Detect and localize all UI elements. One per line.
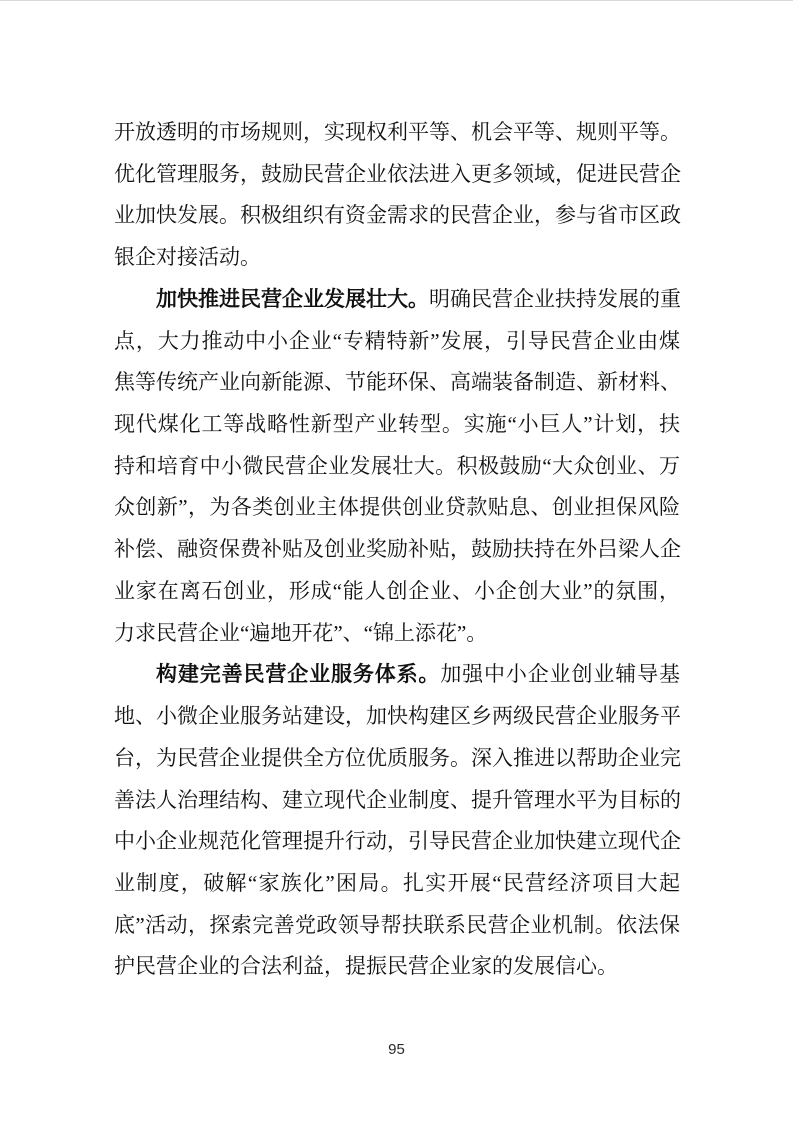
text-run: 护民营企业的合法利益，提振民营企业家的发展信心。 — [114, 954, 618, 978]
text-line: 加快推进民营企业发展壮大。明确民营企业扶持发展的重 — [114, 279, 680, 321]
text-line: 开放透明的市场规则，实现权利平等、机会平等、规则平等。 — [114, 112, 680, 154]
text-line: 补偿、融资保费补贴及创业奖励补贴，鼓励扶持在外吕梁人企 — [114, 529, 680, 571]
text-line: 业家在离石创业，形成“能人创企业、小企创大业”的氛围， — [114, 571, 680, 613]
text-line: 台，为民营企业提供全方位优质服务。深入推进以帮助企业完 — [114, 738, 680, 780]
text-run: 力求民营企业“遍地开花”、“锦上添花”。 — [114, 621, 487, 645]
text-line: 焦等传统产业向新能源、节能环保、高端装备制造、新材料、 — [114, 362, 680, 404]
page-number: 95 — [0, 1040, 793, 1060]
text-line: 银企对接活动。 — [114, 237, 680, 279]
text-line: 优化管理服务，鼓励民营企业依法进入更多领域，促进民营企 — [114, 154, 680, 196]
text-run: 焦等传统产业向新能源、节能环保、高端装备制造、新材料、 — [114, 370, 681, 394]
text-run: 台，为民营企业提供全方位优质服务。深入推进以帮助企业完 — [114, 746, 681, 770]
text-run: 业制度，破解“家族化”困局。扎实开展“民营经济项目大起 — [114, 871, 680, 895]
text-run: 中小企业规范化管理提升行动，引导民营企业加快建立现代企 — [114, 829, 681, 853]
text-line: 点，大力推动中小企业“专精特新”发展，引导民营企业由煤 — [114, 321, 680, 363]
text-line: 现代煤化工等战略性新型产业转型。实施“小巨人”计划，扶 — [114, 404, 680, 446]
text-line: 底”活动，探索完善党政领导帮扶联系民营企业机制。依法保 — [114, 905, 680, 947]
text-run: 银企对接活动。 — [114, 245, 261, 269]
text-line: 中小企业规范化管理提升行动，引导民营企业加快建立现代企 — [114, 821, 680, 863]
text-run: 开放透明的市场规则，实现权利平等、机会平等、规则平等。 — [114, 120, 681, 144]
page-top-edge — [0, 0, 793, 1]
text-line: 地、小微企业服务站建设，加快构建区乡两级民营企业服务平 — [114, 696, 680, 738]
text-run: 补偿、融资保费补贴及创业奖励补贴，鼓励扶持在外吕梁人企 — [114, 537, 681, 561]
document-text: 开放透明的市场规则，实现权利平等、机会平等、规则平等。优化管理服务，鼓励民营企业… — [114, 112, 680, 988]
text-line: 持和培育中小微民营企业发展壮大。积极鼓励“大众创业、万 — [114, 446, 680, 488]
text-line: 众创新”，为各类创业主体提供创业贷款贴息、创业担保风险 — [114, 487, 680, 529]
text-line: 护民营企业的合法利益，提振民营企业家的发展信心。 — [114, 946, 680, 988]
text-run: 点，大力推动中小企业“专精特新”发展，引导民营企业由煤 — [114, 329, 680, 353]
paragraph: 构建完善民营企业服务体系。加强中小企业创业辅导基地、小微企业服务站建设，加快构建… — [114, 654, 680, 988]
text-run: 优化管理服务，鼓励民营企业依法进入更多领域，促进民营企 — [114, 162, 681, 186]
text-run: 善法人治理结构、建立现代企业制度、提升管理水平为目标的 — [114, 788, 681, 812]
text-run: 现代煤化工等战略性新型产业转型。实施“小巨人”计划，扶 — [114, 412, 680, 436]
text-line: 业加快发展。积极组织有资金需求的民营企业，参与省市区政 — [114, 195, 680, 237]
text-run: 地、小微企业服务站建设，加快构建区乡两级民营企业服务平 — [114, 704, 681, 728]
text-line: 善法人治理结构、建立现代企业制度、提升管理水平为目标的 — [114, 780, 680, 822]
text-line: 构建完善民营企业服务体系。加强中小企业创业辅导基 — [114, 654, 680, 696]
paragraph: 加快推进民营企业发展壮大。明确民营企业扶持发展的重点，大力推动中小企业“专精特新… — [114, 279, 680, 654]
paragraph: 开放透明的市场规则，实现权利平等、机会平等、规则平等。优化管理服务，鼓励民营企业… — [114, 112, 680, 279]
text-run: 加强中小企业创业辅导基 — [440, 662, 680, 686]
text-run: 业家在离石创业，形成“能人创企业、小企创大业”的氛围， — [114, 579, 680, 603]
text-run: 持和培育中小微民营企业发展壮大。积极鼓励“大众创业、万 — [114, 454, 680, 478]
bold-lead-run: 加快推进民营企业发展壮大。 — [156, 288, 429, 311]
text-run: 底”活动，探索完善党政领导帮扶联系民营企业机制。依法保 — [114, 913, 680, 937]
text-line: 业制度，破解“家族化”困局。扎实开展“民营经济项目大起 — [114, 863, 680, 905]
bold-lead-run: 构建完善民营企业服务体系。 — [156, 663, 440, 686]
text-run: 业加快发展。积极组织有资金需求的民营企业，参与省市区政 — [114, 203, 681, 227]
text-line: 力求民营企业“遍地开花”、“锦上添花”。 — [114, 613, 680, 655]
document-page: { "page": { "number": "95", "background_… — [0, 0, 793, 1122]
text-run: 众创新”，为各类创业主体提供创业贷款贴息、创业担保风险 — [114, 495, 680, 519]
text-run: 明确民营企业扶持发展的重 — [429, 287, 681, 311]
